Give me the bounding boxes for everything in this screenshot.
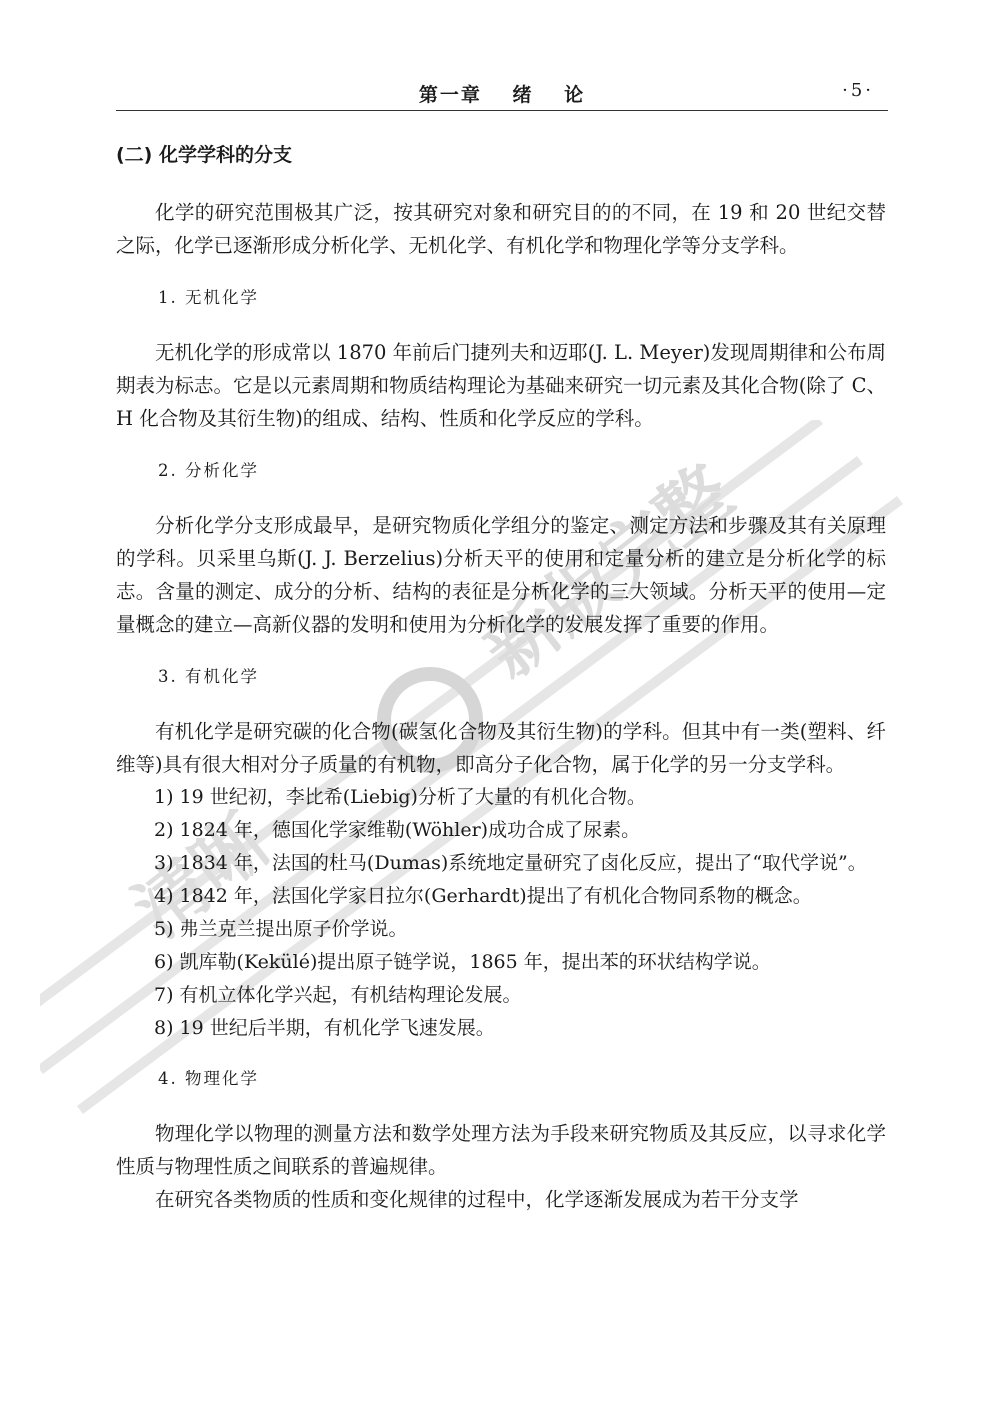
paragraph: 有机化学是研究碳的化合物(碳氢化合物及其衍生物)的学科。但其中有一类(塑料、纤维…: [116, 715, 886, 781]
list-item: 6) 凯库勒(Kekülé)提出原子链学说，1865 年，提出苯的环状结构学说。: [116, 946, 886, 979]
page-number: ·5·: [842, 80, 874, 101]
list-item: 7) 有机立体化学兴起，有机结构理论发展。: [116, 979, 886, 1012]
subsection-heading-analytical: 2. 分析化学: [158, 457, 886, 485]
list-item: 2) 1824 年，德国化学家维勒(Wöhler)成功合成了尿素。: [116, 814, 886, 847]
list-item: 4) 1842 年，法国化学家日拉尔(Gerhardt)提出了有机化合物同系物的…: [116, 880, 886, 913]
list-item: 5) 弗兰克兰提出原子价学说。: [116, 913, 886, 946]
section-heading: (二) 化学学科的分支: [116, 140, 886, 170]
subsection-heading-physical: 4. 物理化学: [158, 1065, 886, 1093]
running-header: 第一章 绪 论 ·5·: [116, 78, 888, 111]
history-list: 1) 19 世纪初，李比希(Liebig)分析了大量的有机化合物。 2) 182…: [116, 781, 886, 1045]
paragraph: 无机化学的形成常以 1870 年前后门捷列夫和迈耶(J. L. Meyer)发现…: [116, 336, 886, 435]
page-body: (二) 化学学科的分支 化学的研究范围极其广泛，按其研究对象和研究目的的不同，在…: [116, 140, 886, 1238]
subsection-heading-inorganic: 1. 无机化学: [158, 284, 886, 312]
list-item: 1) 19 世纪初，李比希(Liebig)分析了大量的有机化合物。: [116, 781, 886, 814]
paragraph: 物理化学以物理的测量方法和数学处理方法为手段来研究物质及其反应，以寻求化学性质与…: [116, 1117, 886, 1183]
intro-paragraph: 化学的研究范围极其广泛，按其研究对象和研究目的的不同，在 19 和 20 世纪交…: [116, 196, 886, 262]
paragraph: 分析化学分支形成最早，是研究物质化学组分的鉴定、测定方法和步骤及其有关原理的学科…: [116, 509, 886, 641]
subsection-heading-organic: 3. 有机化学: [158, 663, 886, 691]
list-item: 3) 1834 年，法国的杜马(Dumas)系统地定量研究了卤化反应，提出了“取…: [116, 847, 886, 880]
list-item: 8) 19 世纪后半期，有机化学飞速发展。: [116, 1012, 886, 1045]
chapter-title: 第一章 绪 论: [116, 80, 888, 107]
paragraph: 在研究各类物质的性质和变化规律的过程中，化学逐渐发展成为若干分支学: [116, 1183, 886, 1216]
